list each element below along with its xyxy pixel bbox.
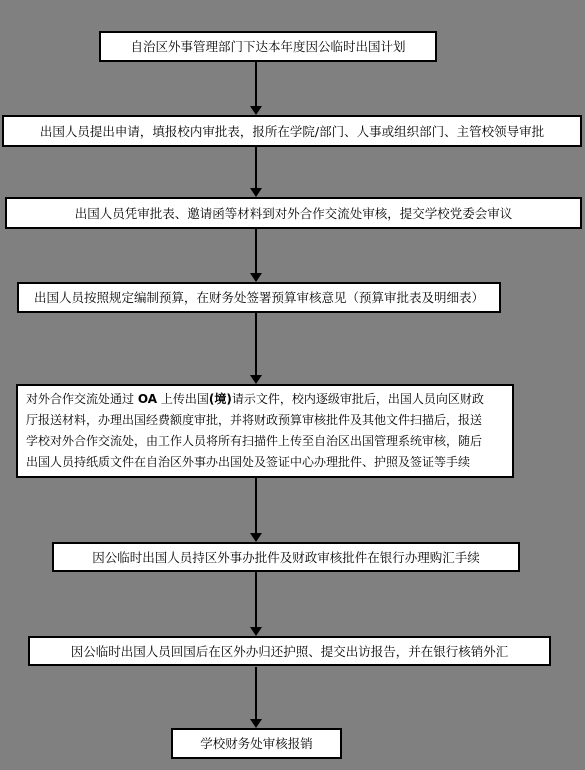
arrow-line [255, 313, 257, 375]
flow-step-8-label: 学校财务处审核报销 [200, 736, 313, 751]
flow-step-1: 自治区外事管理部门下达本年度因公临时出国计划 [99, 31, 437, 62]
flow-connector-5 [250, 478, 262, 542]
flow-step-5-line1: 对外合作交流处通过 OA 上传出国(境)请示文件，校内逐级审批后，出国人员向区财… [26, 389, 504, 410]
flow-step-4: 出国人员按照规定编制预算，在财务处签署预算审核意见（预算审批表及明细表） [17, 282, 501, 313]
arrow-line [255, 572, 257, 627]
arrow-line [255, 147, 257, 188]
flow-connector-1 [250, 62, 262, 115]
arrow-down-icon [250, 273, 262, 282]
arrow-down-icon [250, 375, 262, 384]
arrow-down-icon [250, 627, 262, 636]
arrow-line [255, 667, 257, 719]
flow-step-6: 因公临时出国人员持区外事办批件及财政审核批件在银行办理购汇手续 [52, 542, 520, 572]
arrow-line [255, 62, 257, 106]
arrow-down-icon [250, 533, 262, 542]
flow-step-2-label: 出国人员提出申请，填报校内审批表，报所在学院/部门、人事或组织部门、主管校领导审… [40, 124, 544, 139]
flow-step-5: 对外合作交流处通过 OA 上传出国(境)请示文件，校内逐级审批后，出国人员向区财… [16, 384, 514, 478]
flowchart-canvas: 自治区外事管理部门下达本年度因公临时出国计划 出国人员提出申请，填报校内审批表，… [0, 0, 585, 770]
flow-connector-7 [250, 667, 262, 728]
text-segment-bold-jing: (境) [209, 392, 232, 406]
text-segment: 请示文件，校内逐级审批后，出国人员向区财政 [232, 392, 484, 406]
flow-connector-3 [250, 229, 262, 282]
flow-step-6-label: 因公临时出国人员持区外事办批件及财政审核批件在银行办理购汇手续 [92, 550, 480, 565]
flow-step-7: 因公临时出国人员回国后在区外办归还护照、提交出访报告，并在银行核销外汇 [28, 636, 551, 666]
flow-step-4-label: 出国人员按照规定编制预算，在财务处签署预算审核意见（预算审批表及明细表） [34, 290, 484, 305]
flow-connector-6 [250, 572, 262, 636]
flow-step-5-line3: 学校对外合作交流处，由工作人员将所有扫描件上传至自治区出国管理系统审核，随后 [26, 431, 504, 452]
arrow-down-icon [250, 719, 262, 728]
flow-step-2: 出国人员提出申请，填报校内审批表，报所在学院/部门、人事或组织部门、主管校领导审… [2, 115, 582, 147]
arrow-down-icon [250, 188, 262, 197]
text-segment: 对外合作交流处通过 [26, 392, 138, 406]
flow-step-3-label: 出国人员凭审批表、邀请函等材料到对外合作交流处审核，提交学校党委会审议 [75, 206, 513, 221]
arrow-line [255, 478, 257, 533]
flow-step-7-label: 因公临时出国人员回国后在区外办归还护照、提交出访报告，并在银行核销外汇 [71, 644, 509, 659]
flow-step-3: 出国人员凭审批表、邀请函等材料到对外合作交流处审核，提交学校党委会审议 [5, 197, 582, 229]
text-segment-bold-oa: OA [138, 392, 157, 406]
arrow-down-icon [250, 106, 262, 115]
flow-step-1-label: 自治区外事管理部门下达本年度因公临时出国计划 [130, 39, 405, 54]
flow-connector-2 [250, 147, 262, 197]
arrow-line [255, 229, 257, 273]
text-segment: 上传出国 [157, 392, 209, 406]
flow-connector-4 [250, 313, 262, 384]
flow-step-8: 学校财务处审核报销 [171, 728, 342, 759]
flow-step-5-line4: 出国人员持纸质文件在自治区外事办出国处及签证中心办理批件、护照及签证等手续 [26, 452, 504, 473]
flow-step-5-line2: 厅报送材料，办理出国经费额度审批，并将财政预算审核批件及其他文件扫描后，报送 [26, 410, 504, 431]
